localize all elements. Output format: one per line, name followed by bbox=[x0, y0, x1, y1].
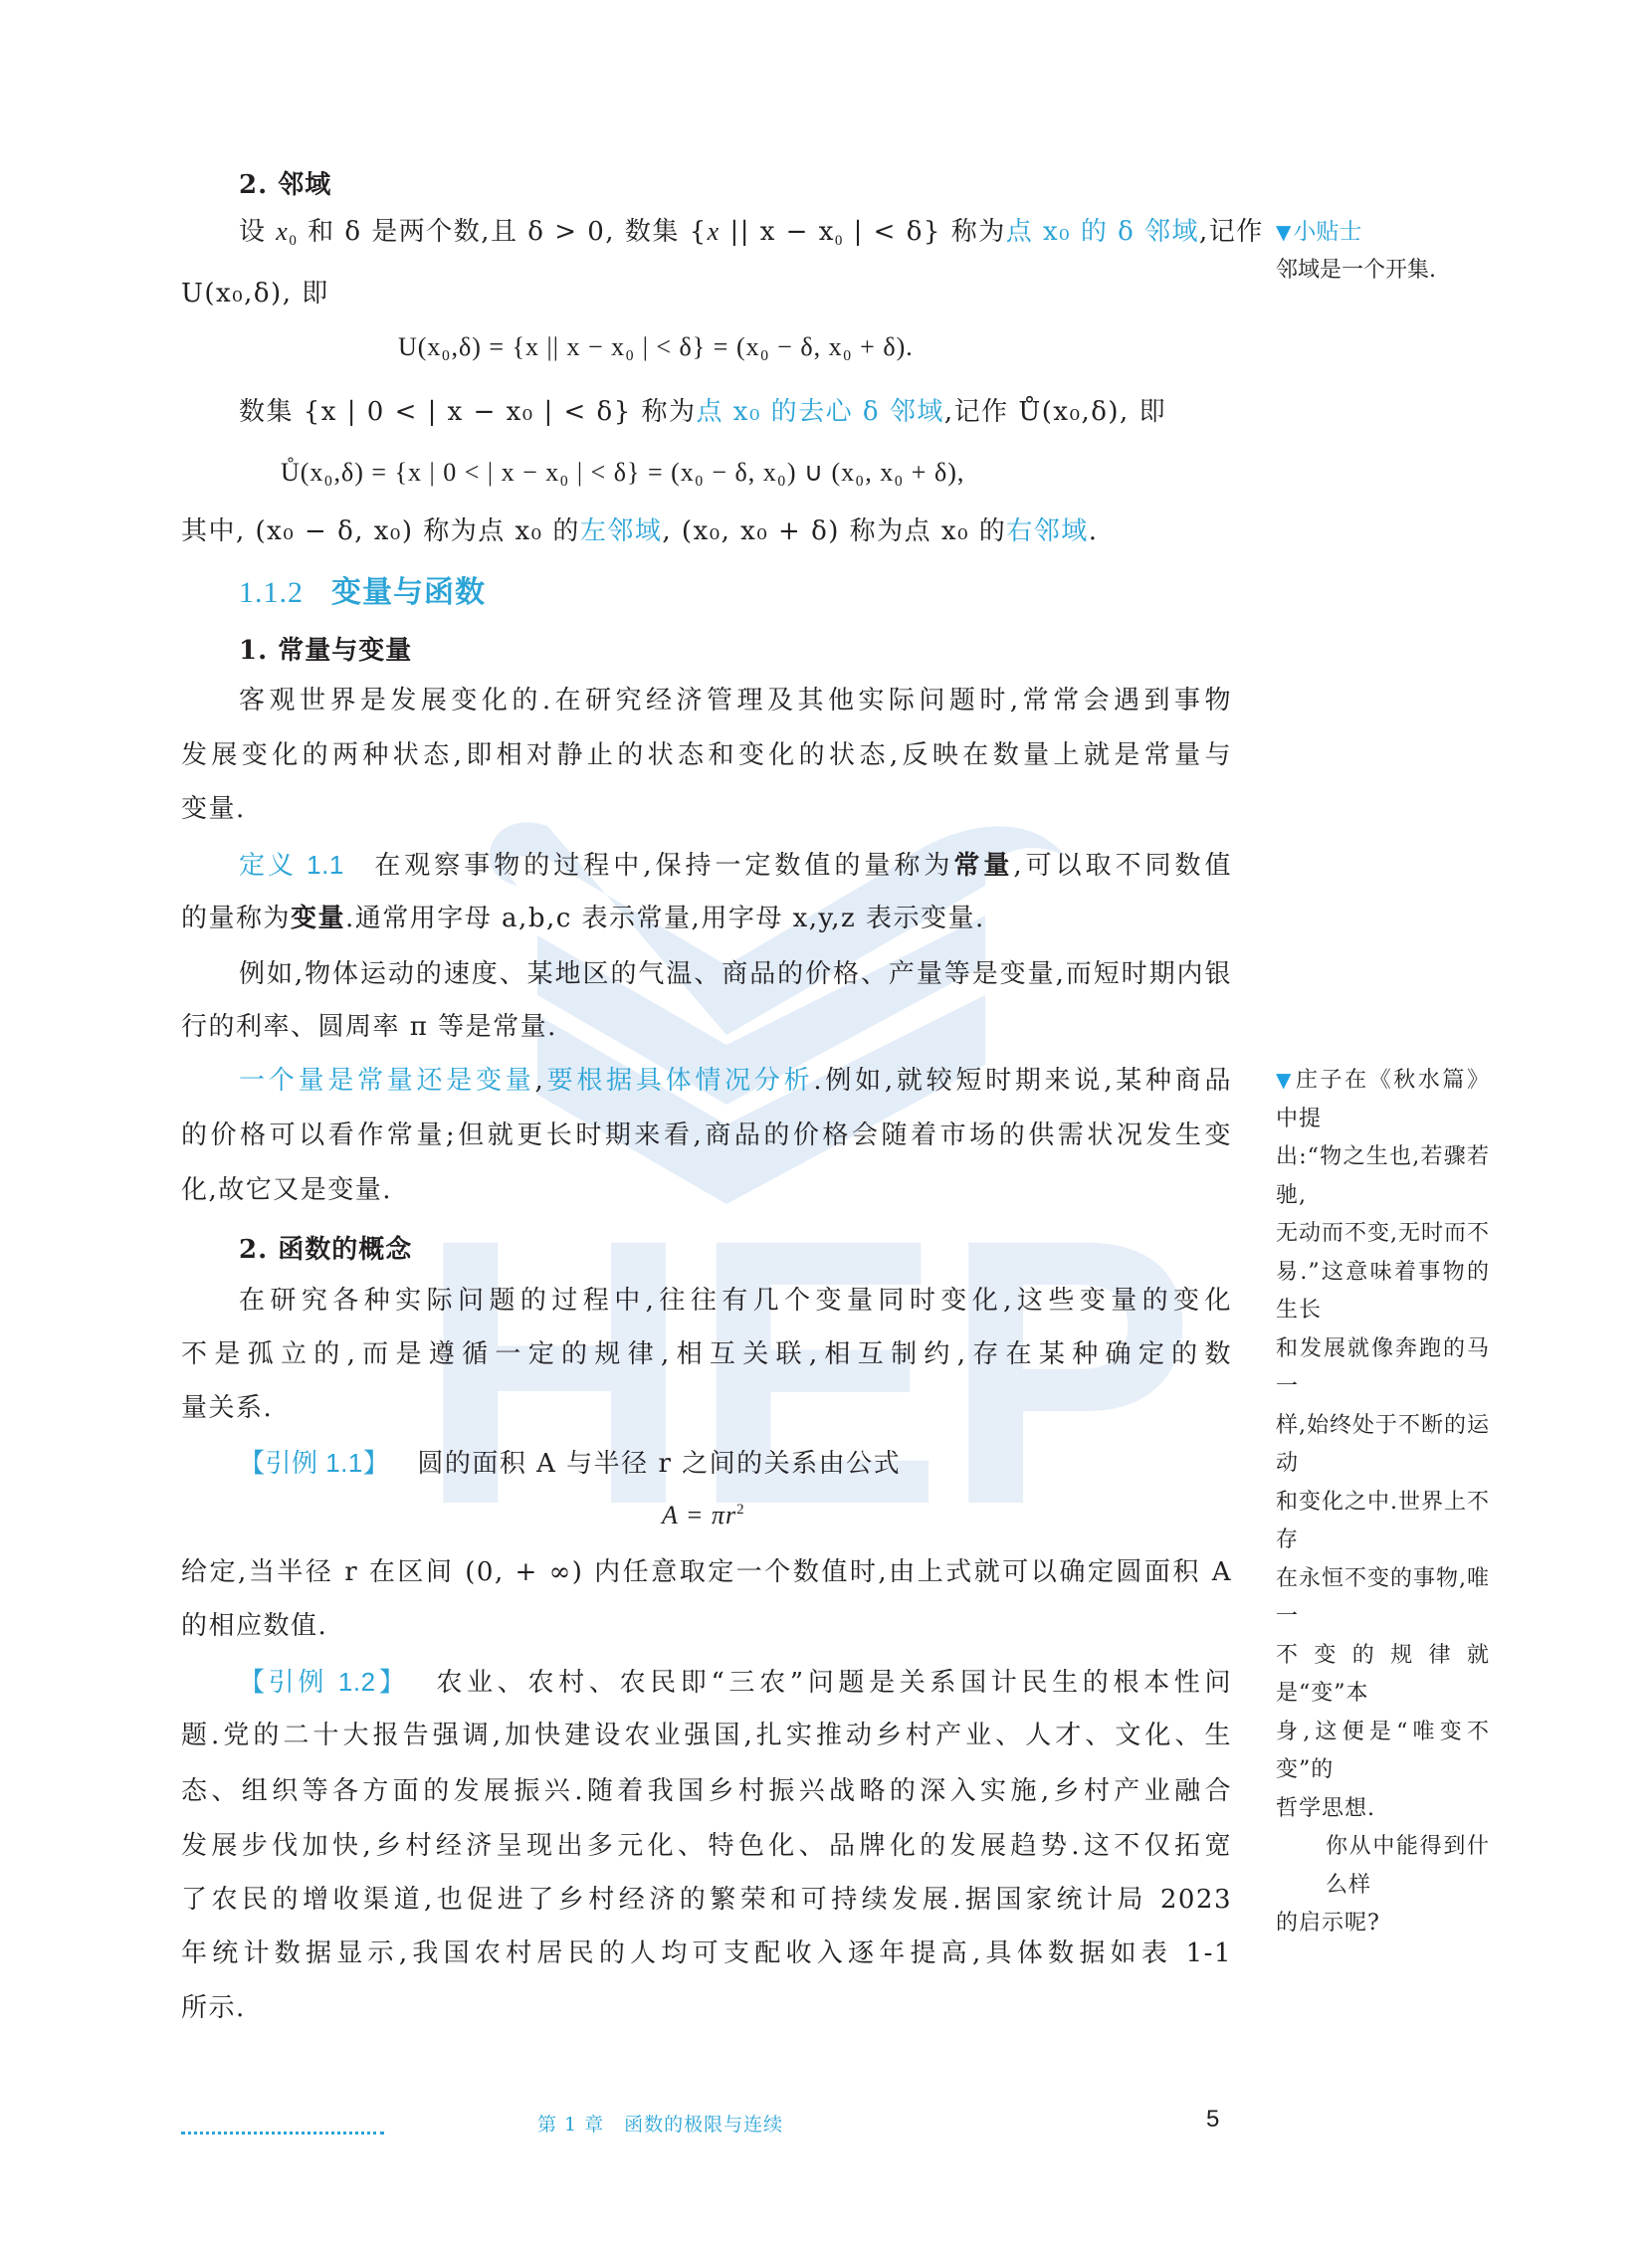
note-line: ▼庄子在《秋水篇》中提 bbox=[1276, 1061, 1490, 1138]
example-line: 【引例 1.2】农业、农村、农民即“三农”问题是关系国计民生的根本性问 bbox=[239, 1665, 1232, 1700]
paragraph-line: 了农民的增收渠道,也促进了乡村经济的繁荣和可持续发展.据国家统计局 2023 bbox=[181, 1883, 1232, 1917]
note-line: 在永恒不变的事物,唯一 bbox=[1276, 1560, 1490, 1637]
paragraph-line: 数集 {x | 0 < | x − x₀ | < δ} 称为点 x₀ 的去心 δ… bbox=[239, 395, 1166, 429]
paragraph-line: 变量. bbox=[181, 792, 1232, 826]
paragraph-line: 量关系. bbox=[181, 1391, 1232, 1425]
tip-heading: ▼小贴士 bbox=[1276, 213, 1490, 252]
formula-deleted-neighborhood: Ů(x₀,δ) = {x | 0 < | x − x₀ | < δ} = (x₀… bbox=[281, 458, 964, 488]
note-line: 和发展就像奔跑的马一 bbox=[1276, 1330, 1490, 1407]
formula-neighborhood: U(x₀,δ) = {x || x − x₀ | < δ} = (x₀ − δ,… bbox=[398, 332, 914, 362]
paragraph-line: 题.党的二十大报告强调,加快建设农业强国,扎实推动乡村产业、人才、文化、生 bbox=[181, 1719, 1232, 1752]
footer-chapter-title: 第 1 章 函数的极限与连续 bbox=[537, 2110, 783, 2137]
term-delta-neighborhood: 点 x₀ 的 δ 邻域 bbox=[1006, 217, 1199, 247]
question-line: 的启示呢? bbox=[1276, 1905, 1490, 1943]
paragraph-line: 的相应数值. bbox=[181, 1609, 1232, 1643]
paragraph-line: 发展变化的两种状态,即相对静止的状态和变化的状态,反映在数量上就是常量与 bbox=[181, 738, 1232, 772]
triangle-down-icon: ▼ bbox=[1276, 220, 1291, 244]
term-deleted-neighborhood: 点 x₀ 的去心 δ 邻域 bbox=[697, 397, 944, 427]
note-line: 哲学思想. bbox=[1276, 1790, 1490, 1829]
section-heading: 1.1.2变量与函数 bbox=[239, 567, 486, 611]
paragraph-line: 所示. bbox=[181, 1991, 1232, 2025]
textbook-page: HEP 2. 邻域 设 x0 和 δ 是两个数,且 δ > 0, 数集 {x |… bbox=[0, 0, 1652, 2241]
example-label-1-1: 【引例 1.1】 bbox=[239, 1448, 389, 1478]
subsection-title-neighborhood: 2. 邻域 bbox=[239, 164, 331, 201]
example-label-1-2: 【引例 1.2】 bbox=[239, 1667, 408, 1697]
paragraph-line: 化,故它又是变量. bbox=[181, 1173, 1232, 1207]
paragraph-line: 不是孤立的,而是遵循一定的规律,相互关联,相互制约,存在某种确定的数 bbox=[181, 1337, 1232, 1371]
question-line: 你从中能得到什么样 bbox=[1276, 1828, 1490, 1905]
sidebar-tip: ▼小贴士 邻域是一个开集. bbox=[1276, 213, 1490, 290]
definition-line: 定义 1.1在观察事物的过程中,保持一定数值的量称为常量,可以取不同数值 bbox=[239, 848, 1232, 883]
definition-line: 的量称为变量.通常用字母 a,b,c 表示常量,用字母 x,y,z 表示变量. bbox=[181, 902, 1232, 935]
paragraph-line: 设 x0 和 δ 是两个数,且 δ > 0, 数集 {x || x − x0 |… bbox=[239, 215, 1264, 249]
footer-dotted-rule bbox=[181, 2118, 384, 2135]
paragraph-line: 其中, (x₀ − δ, x₀) 称为点 x₀ 的左邻域, (x₀, x₀ + … bbox=[181, 514, 1232, 548]
page-number: 5 bbox=[1206, 2106, 1219, 2134]
tip-text: 邻域是一个开集. bbox=[1276, 252, 1490, 291]
note-line: 无动而不变,无时而不 bbox=[1276, 1215, 1490, 1254]
triangle-down-icon: ▼ bbox=[1276, 1068, 1294, 1092]
paragraph-line: 的价格可以看作常量;但就更长时期来看,商品的价格会随着市场的供需状况发生变 bbox=[181, 1119, 1232, 1152]
note-line: 和变化之中.世界上不存 bbox=[1276, 1484, 1490, 1560]
formula-circle-area: A = πr2 bbox=[662, 1501, 745, 1530]
paragraph-line: 态、组织等各方面的发展振兴.随着我国乡村振兴战略的深入实施,乡村产业融合 bbox=[181, 1774, 1232, 1808]
sidebar-note: ▼庄子在《秋水篇》中提 出:“物之生也,若骤若驰, 无动而不变,无时而不 易.”… bbox=[1276, 1061, 1490, 1943]
paragraph-line: 年统计数据显示,我国农村居民的人均可支配收入逐年提高,具体数据如表 1-1 bbox=[181, 1936, 1232, 1970]
term-right-neighborhood: 右邻域 bbox=[1006, 516, 1089, 546]
paragraph-line: 例如,物体运动的速度、某地区的气温、商品的价格、产量等是变量,而短时期内银 bbox=[239, 957, 1232, 991]
note-line: 样,始终处于不断的运动 bbox=[1276, 1407, 1490, 1484]
term-left-neighborhood: 左邻域 bbox=[580, 516, 663, 546]
paragraph-line: 发展步伐加快,乡村经济呈现出多元化、特色化、品牌化的发展趋势.这不仅拓宽 bbox=[181, 1829, 1232, 1863]
paragraph-line: 在研究各种实际问题的过程中,往往有几个变量同时变化,这些变量的变化 bbox=[239, 1284, 1232, 1318]
paragraph-line: 行的利率、圆周率 π 等是常量. bbox=[181, 1010, 1232, 1044]
definition-label: 定义 1.1 bbox=[239, 850, 344, 880]
note-line: 易.”这意味着事物的生长 bbox=[1276, 1254, 1490, 1330]
paragraph-line: 一个量是常量还是变量,要根据具体情况分析.例如,就较短时期来说,某种商品 bbox=[239, 1064, 1232, 1098]
paragraph-line: 客观世界是发展变化的.在研究经济管理及其他实际问题时,常常会遇到事物 bbox=[239, 684, 1232, 717]
note-line: 身,这便是“唯变不变”的 bbox=[1276, 1714, 1490, 1790]
note-line: 出:“物之生也,若骤若驰, bbox=[1276, 1138, 1490, 1215]
subsection-title-constants: 1. 常量与变量 bbox=[239, 630, 412, 667]
paragraph-line: U(x₀,δ), 即 bbox=[181, 277, 1232, 310]
note-line: 不变的规律就是“变”本 bbox=[1276, 1637, 1490, 1714]
example-line: 【引例 1.1】圆的面积 A 与半径 r 之间的关系由公式 bbox=[239, 1446, 901, 1481]
paragraph-line: 给定,当半径 r 在区间 (0, + ∞) 内任意取定一个数值时,由上式就可以确… bbox=[181, 1555, 1232, 1589]
subsection-title-function: 2. 函数的概念 bbox=[239, 1229, 412, 1266]
